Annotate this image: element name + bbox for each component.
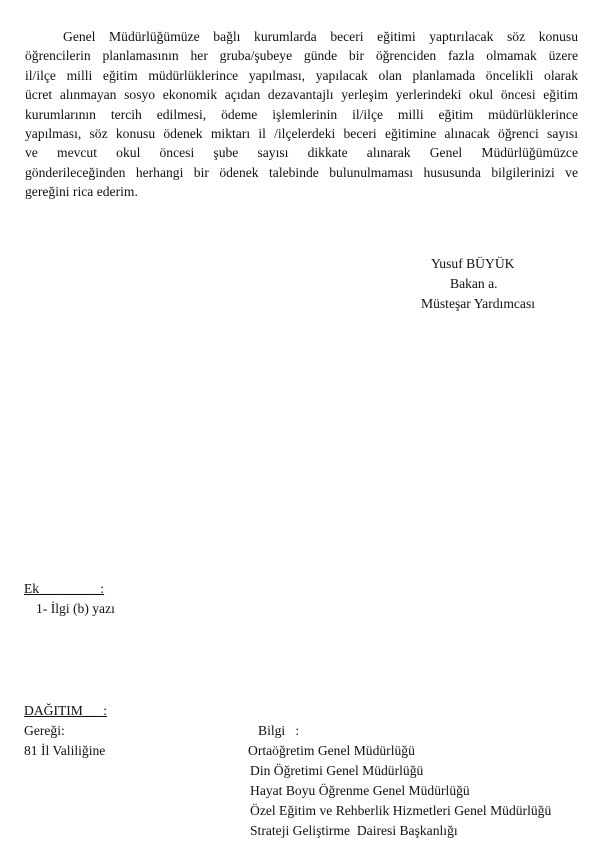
signatory-on-behalf: Bakan a. (450, 276, 498, 292)
body-line: kurumlarının tercih edilmesi, ödeme işle… (25, 105, 578, 124)
body-line: gönderileceğinden herhangi bir ödenek ta… (25, 163, 578, 182)
action-label: Gereği: (24, 723, 65, 739)
body-line: ücret alınmayan sosyo ekonomik açıdan de… (25, 85, 578, 104)
attachment-item: 1- İlgi (b) yazı (36, 601, 115, 617)
body-line: Genel Müdürlüğümüze bağlı kurumlarda bec… (25, 27, 578, 46)
signatory-name: Yusuf BÜYÜK (431, 256, 514, 272)
body-paragraph: Genel Müdürlüğümüze bağlı kurumlarda bec… (25, 27, 578, 202)
body-line: öğrencilerin planlamasının her gruba/şub… (25, 46, 578, 65)
info-recipient: Ortaöğretim Genel Müdürlüğü (248, 743, 415, 759)
body-line: il/ilçe milli eğitim müdürlüklerince yap… (25, 66, 578, 85)
body-line: ve mevcut okul öncesi şube sayısı dikkat… (25, 143, 578, 162)
info-recipient: Strateji Geliştirme Dairesi Başkanlığı (250, 823, 458, 839)
attachments-heading: Ek_________: (24, 581, 104, 597)
body-line: gereğini rica ederim. (25, 182, 578, 201)
info-recipient: Hayat Boyu Öğrenme Genel Müdürlüğü (250, 783, 470, 799)
info-recipient: Özel Eğitim ve Rehberlik Hizmetleri Gene… (250, 803, 551, 819)
info-label: Bilgi : (258, 723, 299, 739)
info-recipient: Din Öğretimi Genel Müdürlüğü (250, 763, 423, 779)
distribution-heading: DAĞITIM___: (24, 703, 107, 719)
action-recipient: 81 İl Valiliğine (24, 743, 105, 759)
signatory-title: Müsteşar Yardımcası (421, 296, 535, 312)
body-line: yapılması, söz konusu ödenek miktarı il … (25, 124, 578, 143)
